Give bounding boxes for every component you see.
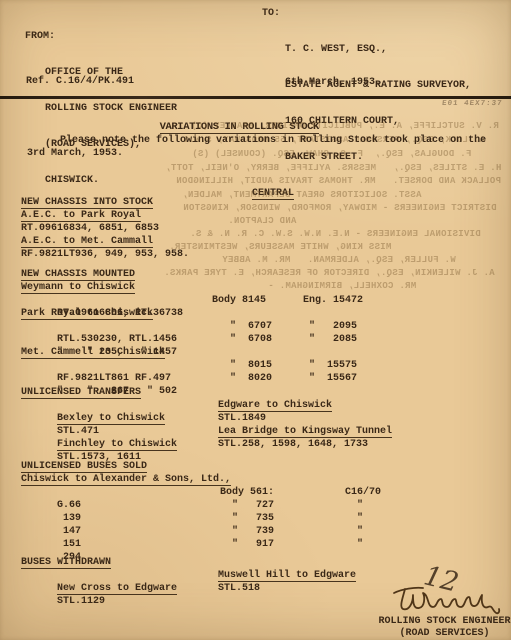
section-heading: NEW CHASSIS INTO STOCK [21, 196, 189, 209]
section-unlicensed-buses-sold: UNLICENSED BUSES SOLD Chiswick to Alexan… [21, 460, 491, 551]
route-label: A.E.C. to Met. Cammall [21, 235, 189, 248]
transfer-row: Bexley to Chiswick Edgware to Chiswick [21, 399, 491, 412]
signatory-title-line: (ROAD SERVICES) [378, 628, 511, 640]
ghost-text-line: H. E. STILES, ESQ., MESSRS. AYLIFFE, BER… [165, 163, 501, 173]
fleet-numbers: RF.9821LT936, 949, 953, 958. [21, 248, 189, 261]
transfer-row: Finchley to Chiswick Lea Bridge to Kings… [21, 425, 491, 438]
from-label: FROM: [25, 31, 177, 43]
fleet-numbers: STL.258, 1598, 1648, 1733 [218, 438, 368, 451]
transfer-row: STL.1573, 1611 STL.258, 1598, 1648, 1733 [21, 438, 491, 451]
condition-code: " [345, 525, 363, 538]
condition-code: " [345, 512, 363, 525]
mounted-row: " " 867 " 502 " 8020 " 15567 [21, 372, 491, 385]
section-heading: NEW CHASSIS MOUNTED [21, 268, 491, 281]
engine-number: " 15575 [303, 359, 357, 372]
body-number: " 8015 [212, 359, 272, 372]
mounted-row: RTL.530230, RTL.1456 " 6707 " 2095 [21, 320, 491, 333]
reference-number: Ref. C.16/4/PK.491 [26, 76, 134, 88]
fleet-numbers: STL.1129 [57, 596, 105, 607]
handwritten-signature [388, 580, 506, 618]
section-new-chassis-into-stock: NEW CHASSIS INTO STOCK A.E.C. to Park Ro… [21, 196, 189, 261]
engine-number: " 15567 [303, 372, 357, 385]
route-label: A.E.C. to Park Royal [21, 209, 189, 222]
route-label: Lea Bridge to Kingsway Tunnel [218, 425, 392, 438]
sold-row: 139 " 727 " [21, 499, 491, 512]
section-new-chassis-mounted: NEW CHASSIS MOUNTED Weymann to Chiswick … [21, 268, 491, 385]
body-number: " 917 [220, 538, 274, 551]
body-number: Body 561: [220, 486, 274, 499]
body-number: " 6708 [212, 333, 272, 346]
ghost-text-line: MISS KING, WHITE MASSEURS, WESTMINSTER. [169, 242, 391, 252]
ghost-text-line: ASST. SOLICITORS GREAT DEPARTMENT, MALDE… [182, 190, 421, 200]
scanned-memo-page: R. V. SUTCLIFFE, A. E., PUBLICITY OFFICE… [0, 0, 511, 640]
route-label: Chiswick to Alexander & Sons, Ltd., [21, 473, 491, 486]
body-number: " 735 [220, 512, 274, 525]
letter-date: 6th March, 1953. [285, 77, 381, 89]
from-line: CHISWICK. [25, 175, 177, 187]
signatory-title-line: ROLLING STOCK ENGINEER [378, 616, 511, 628]
signatory-title: ROLLING STOCK ENGINEER (ROAD SERVICES) [378, 616, 511, 640]
fleet-numbers: STL.518 [218, 582, 260, 595]
sold-row: 151 " 739 " [21, 525, 491, 538]
body-number: Body 8145 [212, 294, 266, 307]
fleet-numbers: STL.1849 [218, 412, 266, 425]
sold-row: 147 " 735 " [21, 512, 491, 525]
ghost-text-line: R. V. SUTCLIFFE, A. E., PUBLICITY OFFICE… [191, 121, 499, 131]
ghost-text-line: AND CLAPTON. [228, 216, 296, 226]
intro-paragraph: Please note the following variations in … [27, 134, 497, 160]
to-line: T. C. WEST, ESQ., [285, 44, 471, 56]
intro-line: Please note the following variations in … [27, 134, 497, 147]
fleet-numbers: RT.09616834, 6851, 6853 [21, 222, 189, 235]
route-label: Muswell Hill to Edgware [218, 569, 356, 582]
sold-row: 294 " 917 " [21, 538, 491, 551]
ghost-text-line: POLLACK AND DORSET. MR. THOMAS TRAVIS AU… [176, 176, 501, 186]
faint-stamp: E01 4EX7:37 [442, 100, 503, 108]
condition-code: C16/70 [345, 486, 381, 499]
transfer-row: STL.471 STL.1849 [21, 412, 491, 425]
body-number: " 727 [220, 499, 274, 512]
header-divider-rule [0, 96, 511, 99]
body-number: " 6707 [212, 320, 272, 333]
route-label: Met. Cammell to Chiswick [21, 346, 491, 359]
sold-row: G.66 Body 561: C16/70 [21, 486, 491, 499]
to-label: TO: [262, 8, 280, 20]
ghost-text-line: DIVISIONAL ENGINEERS - N.E. N.W. S.W. C.… [190, 229, 481, 239]
engine-number: Eng. 15472 [303, 294, 363, 307]
section-heading: UNLICENSED BUSES SOLD [21, 460, 491, 473]
route-label: Park Royal to Chiswick [21, 307, 491, 320]
route-label: Weymann to Chiswick [21, 281, 491, 294]
ghost-text-line: DISTRICT ENGINEERS - MIDWAY, ROMFORD, WI… [183, 203, 497, 213]
condition-code: " [345, 499, 363, 512]
engine-number: " 2085 [303, 333, 357, 346]
section-heading: UNLICENSED TRANSFERS [21, 386, 491, 399]
body-number: " 739 [220, 525, 274, 538]
body-number: " 8020 [212, 372, 272, 385]
mounted-row: RF.9821LT861 RF.497 " 8015 " 15575 [21, 359, 491, 372]
section-heading: BUSES WITHDRAWN [21, 556, 491, 569]
section-unlicensed-transfers: UNLICENSED TRANSFERS Bexley to Chiswick … [21, 386, 491, 451]
ghost-text-line: W. FULLER, ESQ., ALDERMAN. MR. M. ABBEY [222, 255, 456, 265]
engine-number: " 2095 [303, 320, 357, 333]
route-label: Edgware to Chiswick [218, 399, 332, 412]
intro-line: 3rd March, 1953. [27, 147, 497, 160]
mounted-row: RT.09616806, RT.36738 Body 8145 Eng. 154… [21, 294, 491, 307]
condition-code: " [345, 538, 363, 551]
mounted-row: " " 235, " 1457 " 6708 " 2085 [21, 333, 491, 346]
